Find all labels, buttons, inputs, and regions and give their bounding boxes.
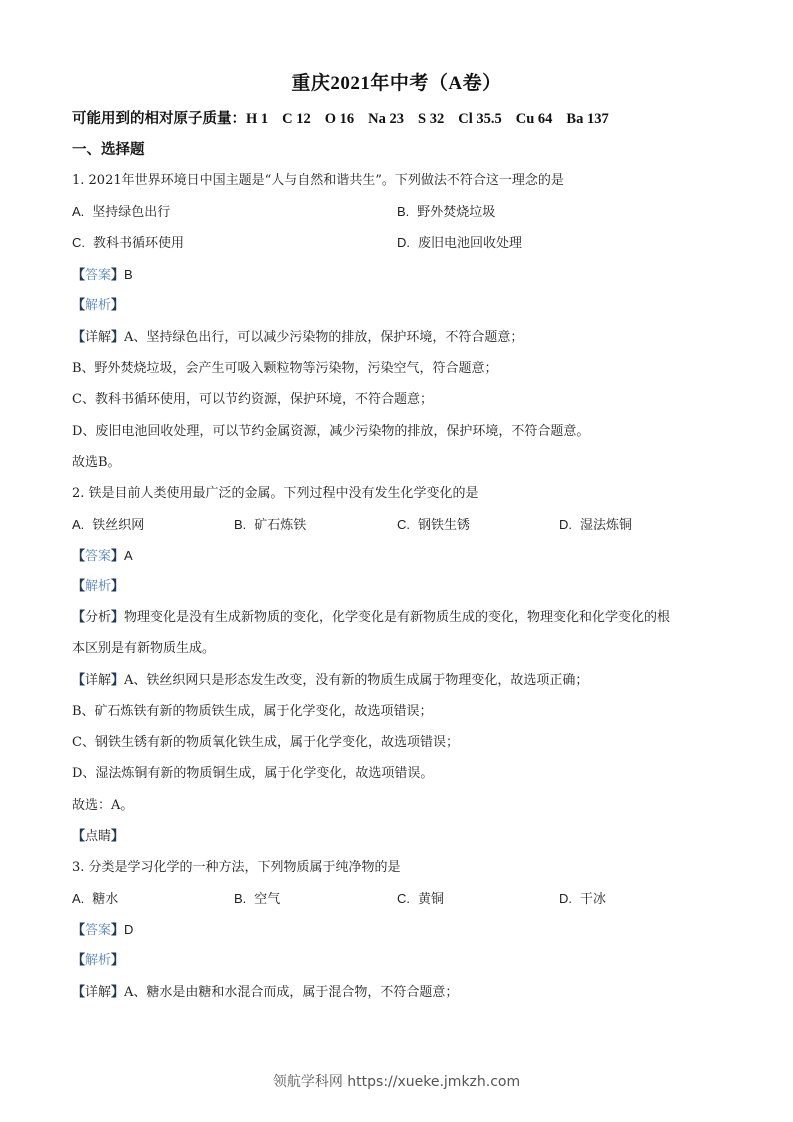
page-title: 重庆2021年中考（A卷） [0,68,793,95]
option-d: D.干冰 [559,890,606,909]
answer-value: A [124,548,133,563]
comment-heading: 【点睛】 [72,828,124,846]
option-a: A.坚持绿色出行 [72,203,170,222]
conclusion-line: 故选：A。 [72,797,133,815]
question-stem: 1. 2021年世界环境日中国主题是“人与自然和谐共生”。下列做法不符合这一理念… [72,172,564,190]
atomic-mass: C 12 [282,111,311,127]
detail-line: C、钢铁生锈有新的物质氧化铁生成，属于化学变化，故选项错误； [72,734,459,752]
page-footer-watermark: 领航学科网 https://xueke.jmkzh.com [0,1071,793,1091]
option-c: C.黄铜 [397,890,444,909]
option-d: D.湿法炼铜 [559,516,632,535]
detail-line: D、湿法炼铜有新的物质铜生成，属于化学变化，故选项错误。 [72,765,433,783]
option-d: D.废旧电池回收处理 [397,234,522,253]
option-c: C.教科书循环使用 [72,234,184,253]
atomic-mass: Cl 35.5 [458,111,502,127]
detail-line: 【详解】A、铁丝织网只是形态发生改变，没有新的物质生成属于物理变化，故选项正确； [72,672,588,690]
option-a: A.铁丝织网 [72,516,144,535]
atomic-masses-line: 可能用到的相对原子质量：H 1C 12O 16Na 23S 32Cl 35.5C… [72,110,609,128]
analysis-heading: 【解析】 [72,952,124,970]
detail-line: D、废旧电池回收处理，可以节约金属资源，减少污染物的排放，保护环境，不符合题意。 [72,423,589,441]
atomic-mass: H 1 [246,111,268,127]
option-a: A.糖水 [72,890,118,909]
summary-line: 【分析】物理变化是没有生成新物质的变化，化学变化是有新物质生成的变化，物理变化和… [72,609,670,627]
section-heading: 一、选择题 [72,141,145,159]
atomic-mass: O 16 [325,111,354,127]
atomic-mass: Na 23 [368,111,404,127]
option-c: C.钢铁生锈 [397,516,470,535]
question-stem: 2. 铁是目前人类使用最广泛的金属。下列过程中没有发生化学变化的是 [72,485,479,503]
atomic-mass: Cu 64 [516,111,553,127]
summary-line: 本区别是有新物质生成。 [72,640,215,658]
atomic-mass: Ba 137 [566,111,608,127]
detail-line: 【详解】A、坚持绿色出行，可以减少污染物的排放，保护环境，不符合题意； [72,329,523,347]
answer-line: 【答案】D [72,921,133,940]
document-page: 重庆2021年中考（A卷） 可能用到的相对原子质量：H 1C 12O 16Na … [0,0,793,1122]
detail-line: B、矿石炼铁有新的物质铁生成，属于化学变化，故选项错误； [72,703,433,721]
detail-line: 【详解】A、糖水是由糖和水混合而成，属于混合物，不符合题意； [72,984,458,1002]
detail-line: C、教科书循环使用，可以节约资源，保护环境，不符合题意； [72,391,433,409]
question-stem: 3. 分类是学习化学的一种方法，下列物质属于纯净物的是 [72,859,401,877]
option-b: B.矿石炼铁 [234,516,306,535]
analysis-heading: 【解析】 [72,578,124,596]
atomic-masses-label: 可能用到的相对原子质量： [72,111,246,127]
answer-line: 【答案】B [72,266,133,285]
answer-value: D [124,922,133,937]
atomic-mass: S 32 [418,111,444,127]
detail-line: B、野外焚烧垃圾，会产生可吸入颗粒物等污染物，污染空气，符合题意； [72,360,498,378]
answer-value: B [124,267,133,282]
analysis-heading: 【解析】 [72,297,124,315]
option-b: B.野外焚烧垃圾 [397,203,495,222]
option-b: B.空气 [234,890,280,909]
answer-line: 【答案】A [72,547,133,566]
conclusion-line: 故选B。 [72,454,121,472]
